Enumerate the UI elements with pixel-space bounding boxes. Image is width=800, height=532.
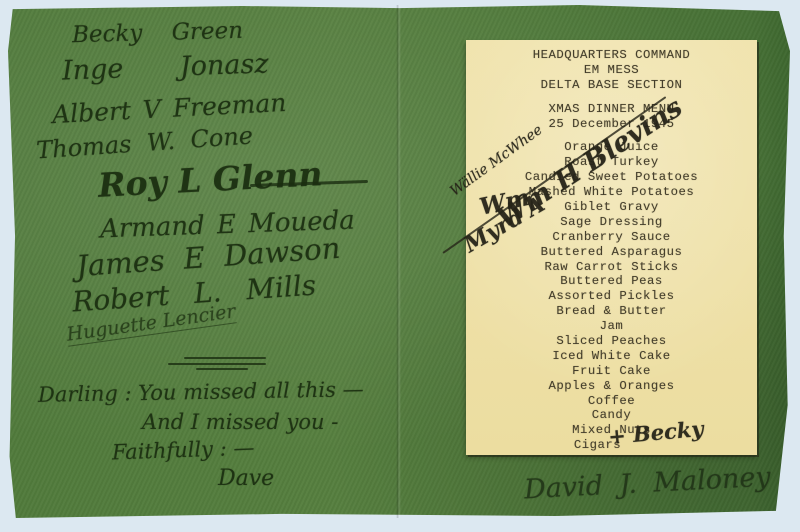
message-signature-dave: Dave	[218, 466, 274, 491]
menu-item: Raw Carrot Sticks	[466, 260, 757, 275]
menu-text: HEADQUARTERS COMMAND EM MESS DELTA BASE …	[466, 40, 757, 453]
menu-card: HEADQUARTERS COMMAND EM MESS DELTA BASE …	[466, 40, 757, 455]
menu-header-line: EM MESS	[466, 63, 757, 78]
menu-item: Apples & Oranges	[466, 379, 757, 394]
message-line-2: And I missed you -	[142, 410, 338, 434]
menu-item: Buttered Asparagus	[466, 245, 757, 260]
menu-title: XMAS DINNER MENU	[466, 102, 757, 117]
menu-item: Coffee	[466, 394, 757, 409]
menu-item: Bread & Butter	[466, 304, 757, 319]
menu-item: Candied Sweet Potatoes	[466, 170, 757, 185]
message-line-3: Faithfully : —	[112, 436, 255, 465]
menu-item: Jam	[466, 319, 757, 334]
menu-item: Assorted Pickles	[466, 289, 757, 304]
menu-item: Iced White Cake	[466, 349, 757, 364]
menu-header-line: DELTA BASE SECTION	[466, 78, 757, 93]
scanned-document: Becky Green Inge Jonasz Albert V Freeman…	[0, 0, 800, 532]
menu-item: Sliced Peaches	[466, 334, 757, 349]
signature-becky-green: Becky Green	[72, 18, 244, 48]
menu-item: Fruit Cake	[466, 364, 757, 379]
menu-header-line: HEADQUARTERS COMMAND	[466, 48, 757, 63]
menu-item: Candy	[466, 408, 757, 423]
menu-item: Buttered Peas	[466, 274, 757, 289]
